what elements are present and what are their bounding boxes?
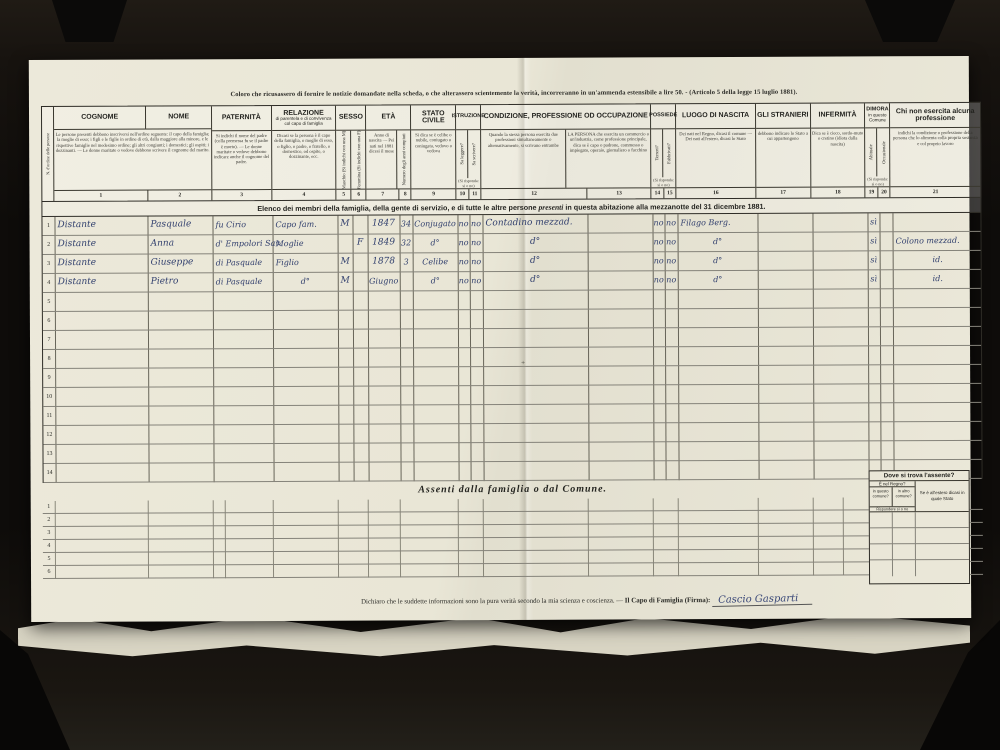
cell-fabbricati: no [664,233,677,251]
col-num-13: 13 [588,188,651,198]
relazione-subtitle: di parentela e di convivenza col capo di… [273,117,335,127]
cell-anno: Giugno [368,272,400,290]
dimora-occasionale: Occasionale [877,128,890,176]
cell-paternita: fu Cirio [212,216,272,235]
row-number: 7 [43,331,55,349]
cell-stato-civile: d° [413,272,458,291]
col-possiede: POSSIEDE Terreni? Fabbricati? (Si rispon… [651,104,676,198]
col-title-dimora: DIMORA in questo Comune [865,103,889,128]
cell-fabbricati: no [665,252,678,270]
sesso-femmina: Femmina (Si indichi con una F) [351,131,366,189]
row-divider [870,527,969,528]
col-dimora: DIMORA in questo Comune Abituale Occasio… [865,103,890,197]
col-title-eta: ETÀ [366,105,410,130]
cell-scrive: no [470,272,483,290]
declaration-line: Dichiaro che le suddette informazioni so… [361,593,961,608]
cell-nome: Pasquale [147,216,212,235]
ink-smudge: + [521,359,525,367]
col-num-16: 16 [677,188,756,198]
col-desc-stato-civile: Si dica se è celibe o nubile, coniugato … [411,130,455,188]
main-table: N. d'ordine delle persone COGNOME NOME L… [41,102,983,579]
col-luogo-nascita: LUOGO DI NASCITA Dei nati nel Regno, dic… [676,104,756,198]
col-title-infermita: INFERMITÀ [811,103,865,128]
dimora-note: (Si risponda: sì o no) [866,176,890,186]
cell-paternita: d' Empolori Sav. [212,235,272,254]
row-number: 4 [43,274,55,292]
cell-relazione: Capo fam. [272,215,337,234]
istruzione-legge: Sa leggere? [456,130,468,178]
istruzione-note: (Si risponda: sì o no) [457,178,481,188]
terreni-label: Terreni? [654,146,659,161]
eta-anno-desc: Anno di nascita — Pei nati nel 1881 dice… [366,130,397,188]
cell-fabbricati: no [664,214,677,232]
col-num-11: 11 [469,189,481,199]
maschio-label: Maschio (Si indichi con una M) [341,131,346,189]
row-number: 14 [44,464,56,482]
col-title-possiede: POSSIEDE [651,104,675,129]
cell-stato-civile: Celibe [413,253,458,272]
col-title-stranieri: GLI STRANIERI [756,104,810,129]
cell-scrive: no [470,253,483,271]
estero-label: Se è all'estero dicasi in quale Stato [916,481,969,511]
col-num-21: 21 [891,187,981,197]
cell-abituale: sì [867,213,879,231]
cell-stato-civile: d° [412,234,457,253]
assente-note: Rispondere sì o no [870,506,915,511]
col-title-paternita: PATERNITÀ [212,106,271,131]
cell-relazione: Moglie [272,234,337,253]
cell-maschio: M [338,273,353,291]
row-number: 11 [43,407,55,425]
cell-cognome: Distante [55,254,148,273]
cell-femmina: F [352,235,367,253]
cell-paternita: di Pasquale [213,273,273,292]
cell-anno: 1878 [368,253,400,271]
col-num-6: 6 [352,190,366,200]
row-number: 6 [43,312,55,330]
col-desc-cognome-nome: Le persone presenti debbono inscriversi … [54,129,211,190]
row-number: 3 [43,527,55,539]
col-title-nome: NOME [146,106,211,128]
dimora-abituale: Abituale [865,128,877,176]
col-chi-non-esercita: Chi non esercita alcuna professione indi… [890,103,980,197]
col-num-10: 10 [457,189,470,199]
assente-box-header: Dove si trova l'assente? [870,471,969,481]
col-num-5: 5 [337,190,352,200]
legal-notice: Coloro che ricusassero di fornire le not… [134,88,894,98]
signature: Cascio Gasparti [712,593,812,607]
col-num-4: 4 [272,190,336,200]
row-number: 4 [43,540,55,552]
cell-condizione: d° [482,233,587,252]
row-number: 9 [43,369,55,387]
cell-anno: 1849 [367,234,399,252]
cell-stato-civile: Conjugato [412,215,457,234]
cell-terreni: no [653,271,665,289]
cell-abituale: sì [867,232,879,250]
anni-compiuti-label: Numero degli anni compiuti [402,133,407,185]
col-num-8: 8 [400,189,411,199]
cell-condizione: d° [483,271,588,290]
cell-chi-non: id. [893,251,983,270]
col-num-15: 15 [664,188,676,198]
col-title-istruzione: ISTRUZIONE [456,105,480,130]
cell-anni: 32 [399,234,412,252]
cell-nome: Giuseppe [148,254,213,273]
col-desc-chi-non: indichi la condizione o professione dell… [890,128,980,186]
cell-condizione: d° [483,252,588,271]
cell-scrive: no [469,215,482,233]
possiede-fabbricati: Fabbricati? [663,129,676,177]
occasionale-label: Occasionale [881,141,886,163]
photo-background: Coloro che ricusassero di fornire le not… [0,0,1000,750]
col-title-condizione: CONDIZIONE, PROFESSIONE OD OCCUPAZIONE [481,104,650,130]
col-title-stato-civile: STATO CIVILE [411,105,455,130]
census-sheet: Coloro che ricusassero di fornire le not… [29,56,971,622]
cell-fabbricati: no [665,271,678,289]
col-num-2: 2 [148,190,211,200]
sa-scrivere-label: Sa scrivere? [472,143,477,165]
col-desc-paternita: Si indichi il nome del padre (colla prem… [212,131,271,189]
col-condizione: CONDIZIONE, PROFESSIONE OD OCCUPAZIONE Q… [481,104,651,199]
row-number: 3 [43,255,55,273]
cell-maschio: M [337,216,352,234]
row-divider [870,543,969,544]
col-istruzione: ISTRUZIONE Sa leggere? Sa scrivere? (Si … [456,105,481,199]
sesso-maschio: Maschio (Si indichi con una M) [336,131,351,189]
row-number: 1 [43,501,55,513]
cell-terreni: no [653,252,665,270]
cell-relazione: d° [273,272,338,291]
assente-location-box: Dove si trova l'assente? È nel Regno? in… [869,470,970,584]
col-title-cognome: COGNOME [54,107,147,129]
cell-anni: 34 [399,215,412,233]
col-num-19: 19 [866,187,879,197]
cell-legge: no [457,215,469,233]
cell-luogo: d° [678,271,758,290]
fabbricati-label: Fabbricati? [667,143,672,164]
cell-luogo: Filago Berg. [677,214,757,233]
photo-clip-top-right [865,0,955,42]
row-number-column-header: N. d'ordine delle persone [42,107,54,201]
row-number: 5 [43,553,55,565]
declaration-text: Dichiaro che le suddette informazioni so… [361,597,625,605]
cell-maschio: M [338,254,353,272]
cell-cognome: Distante [54,235,147,254]
altro-comune-label: in altro comune? [893,487,915,506]
col-desc-infermita: Dica se è cieco, sordo-muto o cretino (i… [811,128,865,186]
cell-terreni: no [652,214,664,232]
possiede-note: (Si risponda: sì o no) [652,177,676,187]
col-title-sesso: SESSO [336,106,365,131]
firma-label: Il Capo di Famiglia (Firma): [625,596,711,604]
col-num-1: 1 [54,191,148,201]
cell-legge: no [458,272,470,290]
col-stato-civile: STATO CIVILE Si dica se è celibe o nubil… [411,105,456,199]
cell-chi-non: Colono mezzad. [892,232,982,251]
condizione-desc-13: LA PERSONA che esercita un commercio o u… [566,129,650,187]
col-title-relazione: RELAZIONE di parentela e di convivenza c… [272,106,336,131]
col-infermita: INFERMITÀ Dica se è cieco, sordo-muto o … [811,103,866,197]
assenti-row[interactable]: 6 [43,562,983,579]
row-number: 1 [42,217,54,235]
cell-nome: Anna [147,235,212,254]
istruzione-scrive: Sa scrivere? [468,130,481,178]
table-header: N. d'ordine delle persone COGNOME NOME L… [41,102,981,202]
col-num-18: 18 [811,187,865,197]
col-paternita: PATERNITÀ Si indichi il nome del padre (… [212,106,272,200]
col-num-17: 17 [756,188,810,198]
possiede-terreni: Terreni? [651,129,663,177]
cell-abituale: sì [868,251,880,269]
elenco-a: Elenco dei membri della famiglia, della … [257,203,538,213]
row-number: 2 [43,514,55,526]
cell-luogo: d° [677,233,757,252]
col-stranieri: GLI STRANIERI debbono indicare lo Stato … [756,104,811,198]
condizione-desc-12: Quando la stessa persona esercita due pr… [481,130,566,188]
cell-scrive: no [469,234,482,252]
eta-anni-col: Numero degli anni compiuti [397,130,410,188]
cell-legge: no [457,234,469,252]
row-number: 10 [43,388,55,406]
row-number: 8 [43,350,55,368]
col-desc-luogo: Dei nati nel Regno, dicasi il comune — D… [676,129,755,187]
col-title-luogo: LUOGO DI NASCITA [676,104,755,129]
col-num-12: 12 [482,189,588,199]
questo-comune-label: in questo comune? [870,487,893,506]
col-sesso: SESSO Maschio (Si indichi con una M) Fem… [336,106,366,200]
cell-terreni: no [652,233,664,251]
photo-clip-top-left [52,0,127,42]
elenco-c: in questa abitazione alla mezzanotte del… [563,202,765,212]
col-num-7: 7 [367,189,400,199]
row-number: 13 [43,445,55,463]
row-divider [870,559,969,560]
side-label: N. d'ordine delle persone [45,133,50,175]
col-title-chi-non: Chi non esercita alcuna professione [890,103,980,128]
elenco-presenti: presenti [538,203,563,212]
cell-paternita: di Pasquale [213,254,273,273]
col-num-14: 14 [652,188,665,198]
cell-cognome: Distante [55,273,148,292]
col-num-20: 20 [878,187,890,197]
col-num-9: 9 [412,189,456,199]
col-num-3: 3 [212,190,271,200]
femmina-label: Femmina (Si indichi con una F) [356,131,361,189]
col-relazione: RELAZIONE di parentela e di convivenza c… [272,106,337,200]
cell-luogo: d° [678,252,758,271]
row-number: 5 [43,293,55,311]
col-cognome-nome: COGNOME NOME Le persone presenti debbono… [54,106,212,201]
col-desc-relazione: Dicasi se la persona è il capo della fam… [272,131,336,189]
cell-condizione: Contadino mezzad. [482,214,587,233]
cell-legge: no [458,253,470,271]
table-body: 1 Distante Pasquale fu Cirio Capo fam. M… [41,213,982,483]
cell-abituale: sì [868,270,880,288]
col-desc-stranieri: debbono indicare lo Stato a cui apparten… [756,129,810,187]
row-number: 6 [43,566,55,578]
cell-relazione: Figlio [273,253,338,272]
row-number: 2 [43,236,55,254]
row-number: 12 [43,426,55,444]
cell-cognome: Distante [54,216,147,235]
assente-box-rows[interactable] [870,512,969,576]
dimora-subtitle: in questo Comune [866,113,888,123]
assenti-table-body: 1 2 3 4 5 6 [43,497,983,579]
sa-leggere-label: Sa leggere? [459,143,464,164]
cell-anni: 3 [400,253,413,271]
column-divider [915,512,916,576]
column-divider [892,512,893,576]
abituale-label: Abituale [868,144,873,160]
cell-nome: Pietro [148,273,213,292]
col-eta: ETÀ Anno di nascita — Pei nati nel 1881 … [366,105,411,199]
assente-regno-group: È nel Regno? in questo comune? in altro … [870,481,916,511]
cell-anno: 1847 [367,215,399,233]
cell-chi-non: id. [893,270,983,289]
